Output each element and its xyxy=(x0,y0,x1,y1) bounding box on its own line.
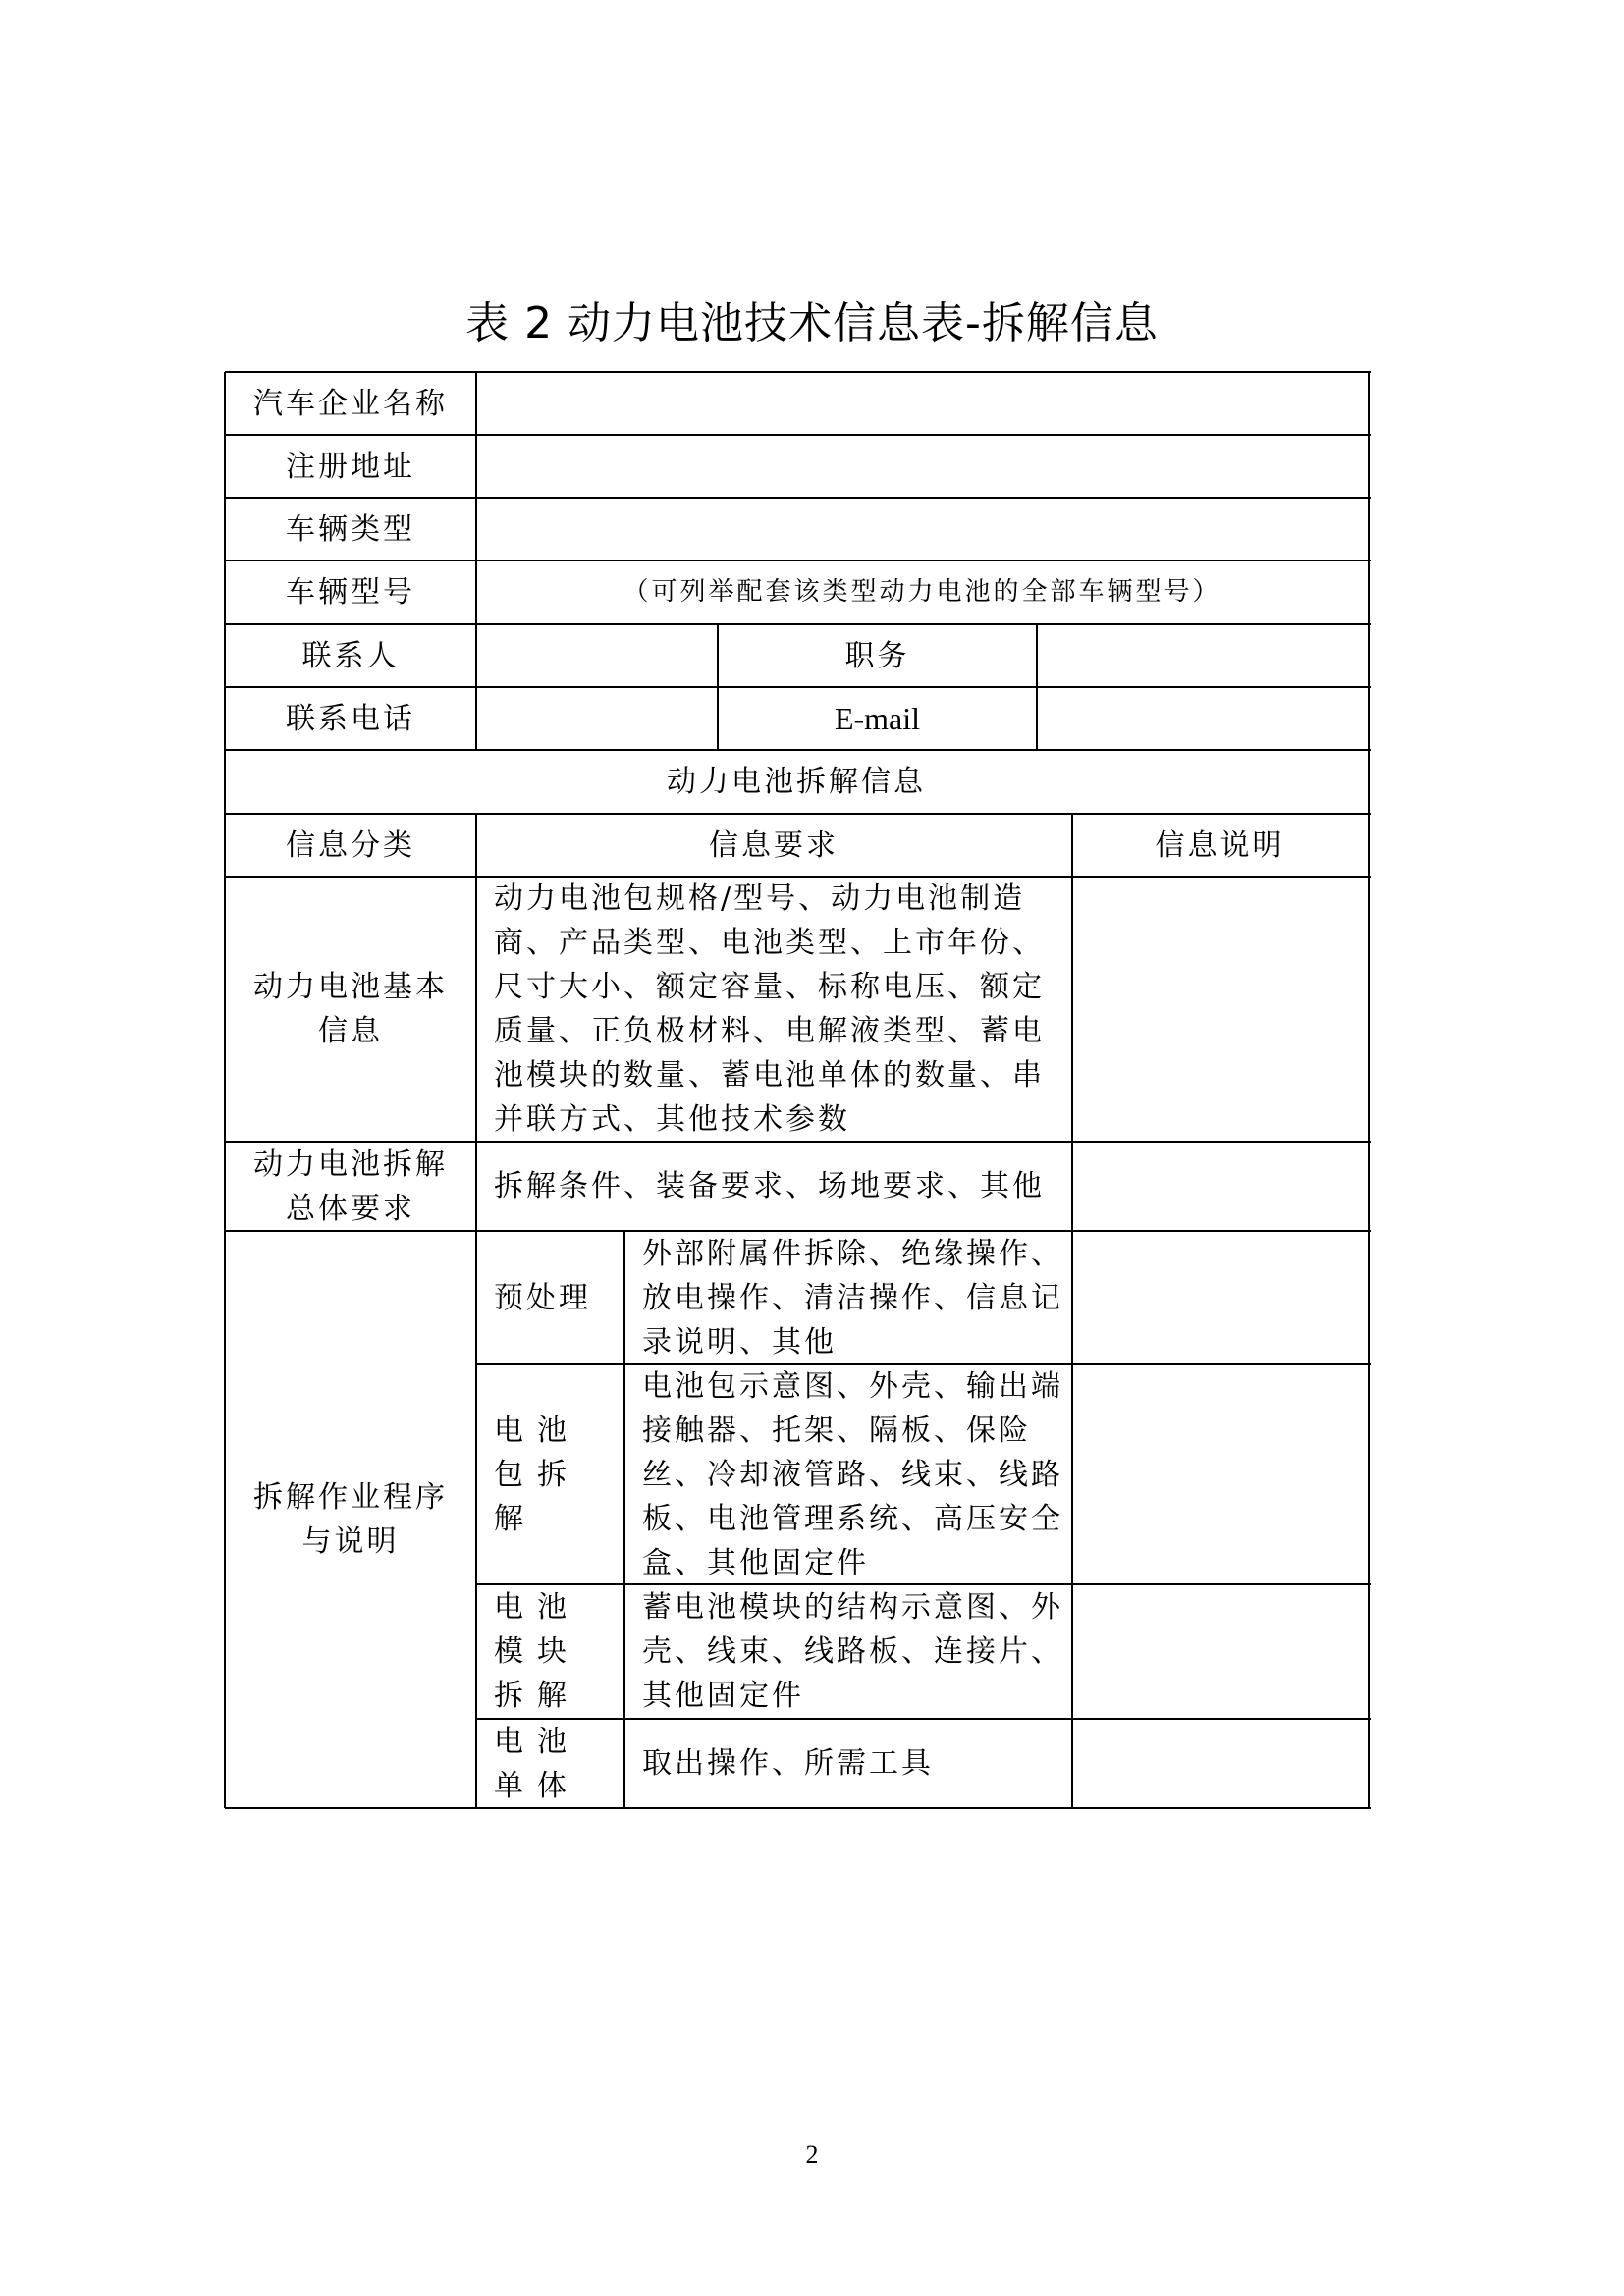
field-position[interactable] xyxy=(1037,624,1368,687)
description-basic-info[interactable] xyxy=(1072,877,1368,1142)
step-name-module-disassembly: 电池模块拆解 xyxy=(476,1584,623,1719)
field-contact-person[interactable] xyxy=(476,624,718,687)
step-requirement-module-disassembly: 蓄电池模块的结构示意图、外壳、线束、线路板、连接片、其他固定件 xyxy=(624,1584,1071,1719)
category-disassembly-procedure: 拆解作业程序与说明 xyxy=(244,1231,457,1808)
description-general-requirements[interactable] xyxy=(1072,1142,1368,1231)
section-title: 动力电池拆解信息 xyxy=(225,750,1368,813)
label-email: E-mail xyxy=(718,687,1037,750)
step-requirement-cell: 取出操作、所需工具 xyxy=(624,1719,1071,1808)
label-contact-person: 联系人 xyxy=(225,624,476,687)
category-general-requirements: 动力电池拆解总体要求 xyxy=(244,1142,457,1231)
field-company-name[interactable] xyxy=(476,372,1368,435)
step-name-pack-disassembly: 电池包拆解 xyxy=(476,1364,623,1584)
column-header-category: 信息分类 xyxy=(225,814,476,877)
category-basic-info: 动力电池基本信息 xyxy=(244,877,457,1142)
step-name-cell: 电池单体 xyxy=(476,1719,623,1808)
step-requirement-pack-disassembly: 电池包示意图、外壳、输出端接触器、托架、隔板、保险丝、冷却液管路、线束、线路板、… xyxy=(624,1364,1071,1584)
step-description-pretreatment[interactable] xyxy=(1072,1231,1368,1364)
label-position: 职务 xyxy=(718,624,1037,687)
field-email[interactable] xyxy=(1037,687,1368,750)
column-header-requirement: 信息要求 xyxy=(476,814,1071,877)
step-description-pack-disassembly[interactable] xyxy=(1072,1364,1368,1584)
step-name-pretreatment: 预处理 xyxy=(476,1231,623,1364)
step-requirement-pretreatment: 外部附属件拆除、绝缘操作、放电操作、清洁操作、信息记录说明、其他 xyxy=(624,1231,1071,1364)
step-description-cell[interactable] xyxy=(1072,1719,1368,1808)
label-vehicle-type: 车辆类型 xyxy=(225,498,476,561)
requirement-general-requirements: 拆解条件、装备要求、场地要求、其他 xyxy=(476,1142,1071,1231)
label-vehicle-model: 车辆型号 xyxy=(225,561,476,623)
page-title: 表 2 动力电池技术信息表-拆解信息 xyxy=(0,294,1624,353)
label-company-name: 汽车企业名称 xyxy=(225,372,476,435)
label-contact-phone: 联系电话 xyxy=(225,687,476,750)
field-registered-address[interactable] xyxy=(476,435,1368,498)
label-registered-address: 注册地址 xyxy=(225,435,476,498)
step-description-module-disassembly[interactable] xyxy=(1072,1584,1368,1719)
page-number: 2 xyxy=(0,2140,1624,2169)
requirement-basic-info: 动力电池包规格/型号、动力电池制造商、产品类型、电池类型、上市年份、尺寸大小、额… xyxy=(476,877,1071,1142)
field-vehicle-model-note[interactable]: （可列举配套该类型动力电池的全部车辆型号） xyxy=(476,561,1368,623)
column-header-description: 信息说明 xyxy=(1072,814,1368,877)
field-contact-phone[interactable] xyxy=(476,687,718,750)
field-vehicle-type[interactable] xyxy=(476,498,1368,561)
battery-disassembly-table: 汽车企业名称 注册地址 车辆类型 车辆型号 （可列举配套该类型动力电池的全部车辆… xyxy=(225,372,1369,1808)
